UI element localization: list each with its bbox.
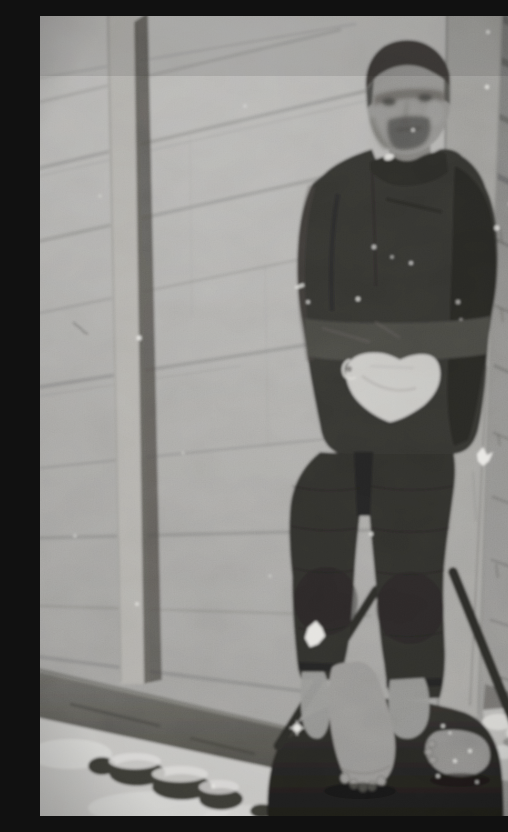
- film-grain-overlay: [40, 16, 508, 816]
- photograph: [40, 16, 508, 816]
- top-edge-shade: [40, 16, 508, 76]
- vignette: [40, 16, 508, 816]
- photo-canvas: [40, 16, 508, 816]
